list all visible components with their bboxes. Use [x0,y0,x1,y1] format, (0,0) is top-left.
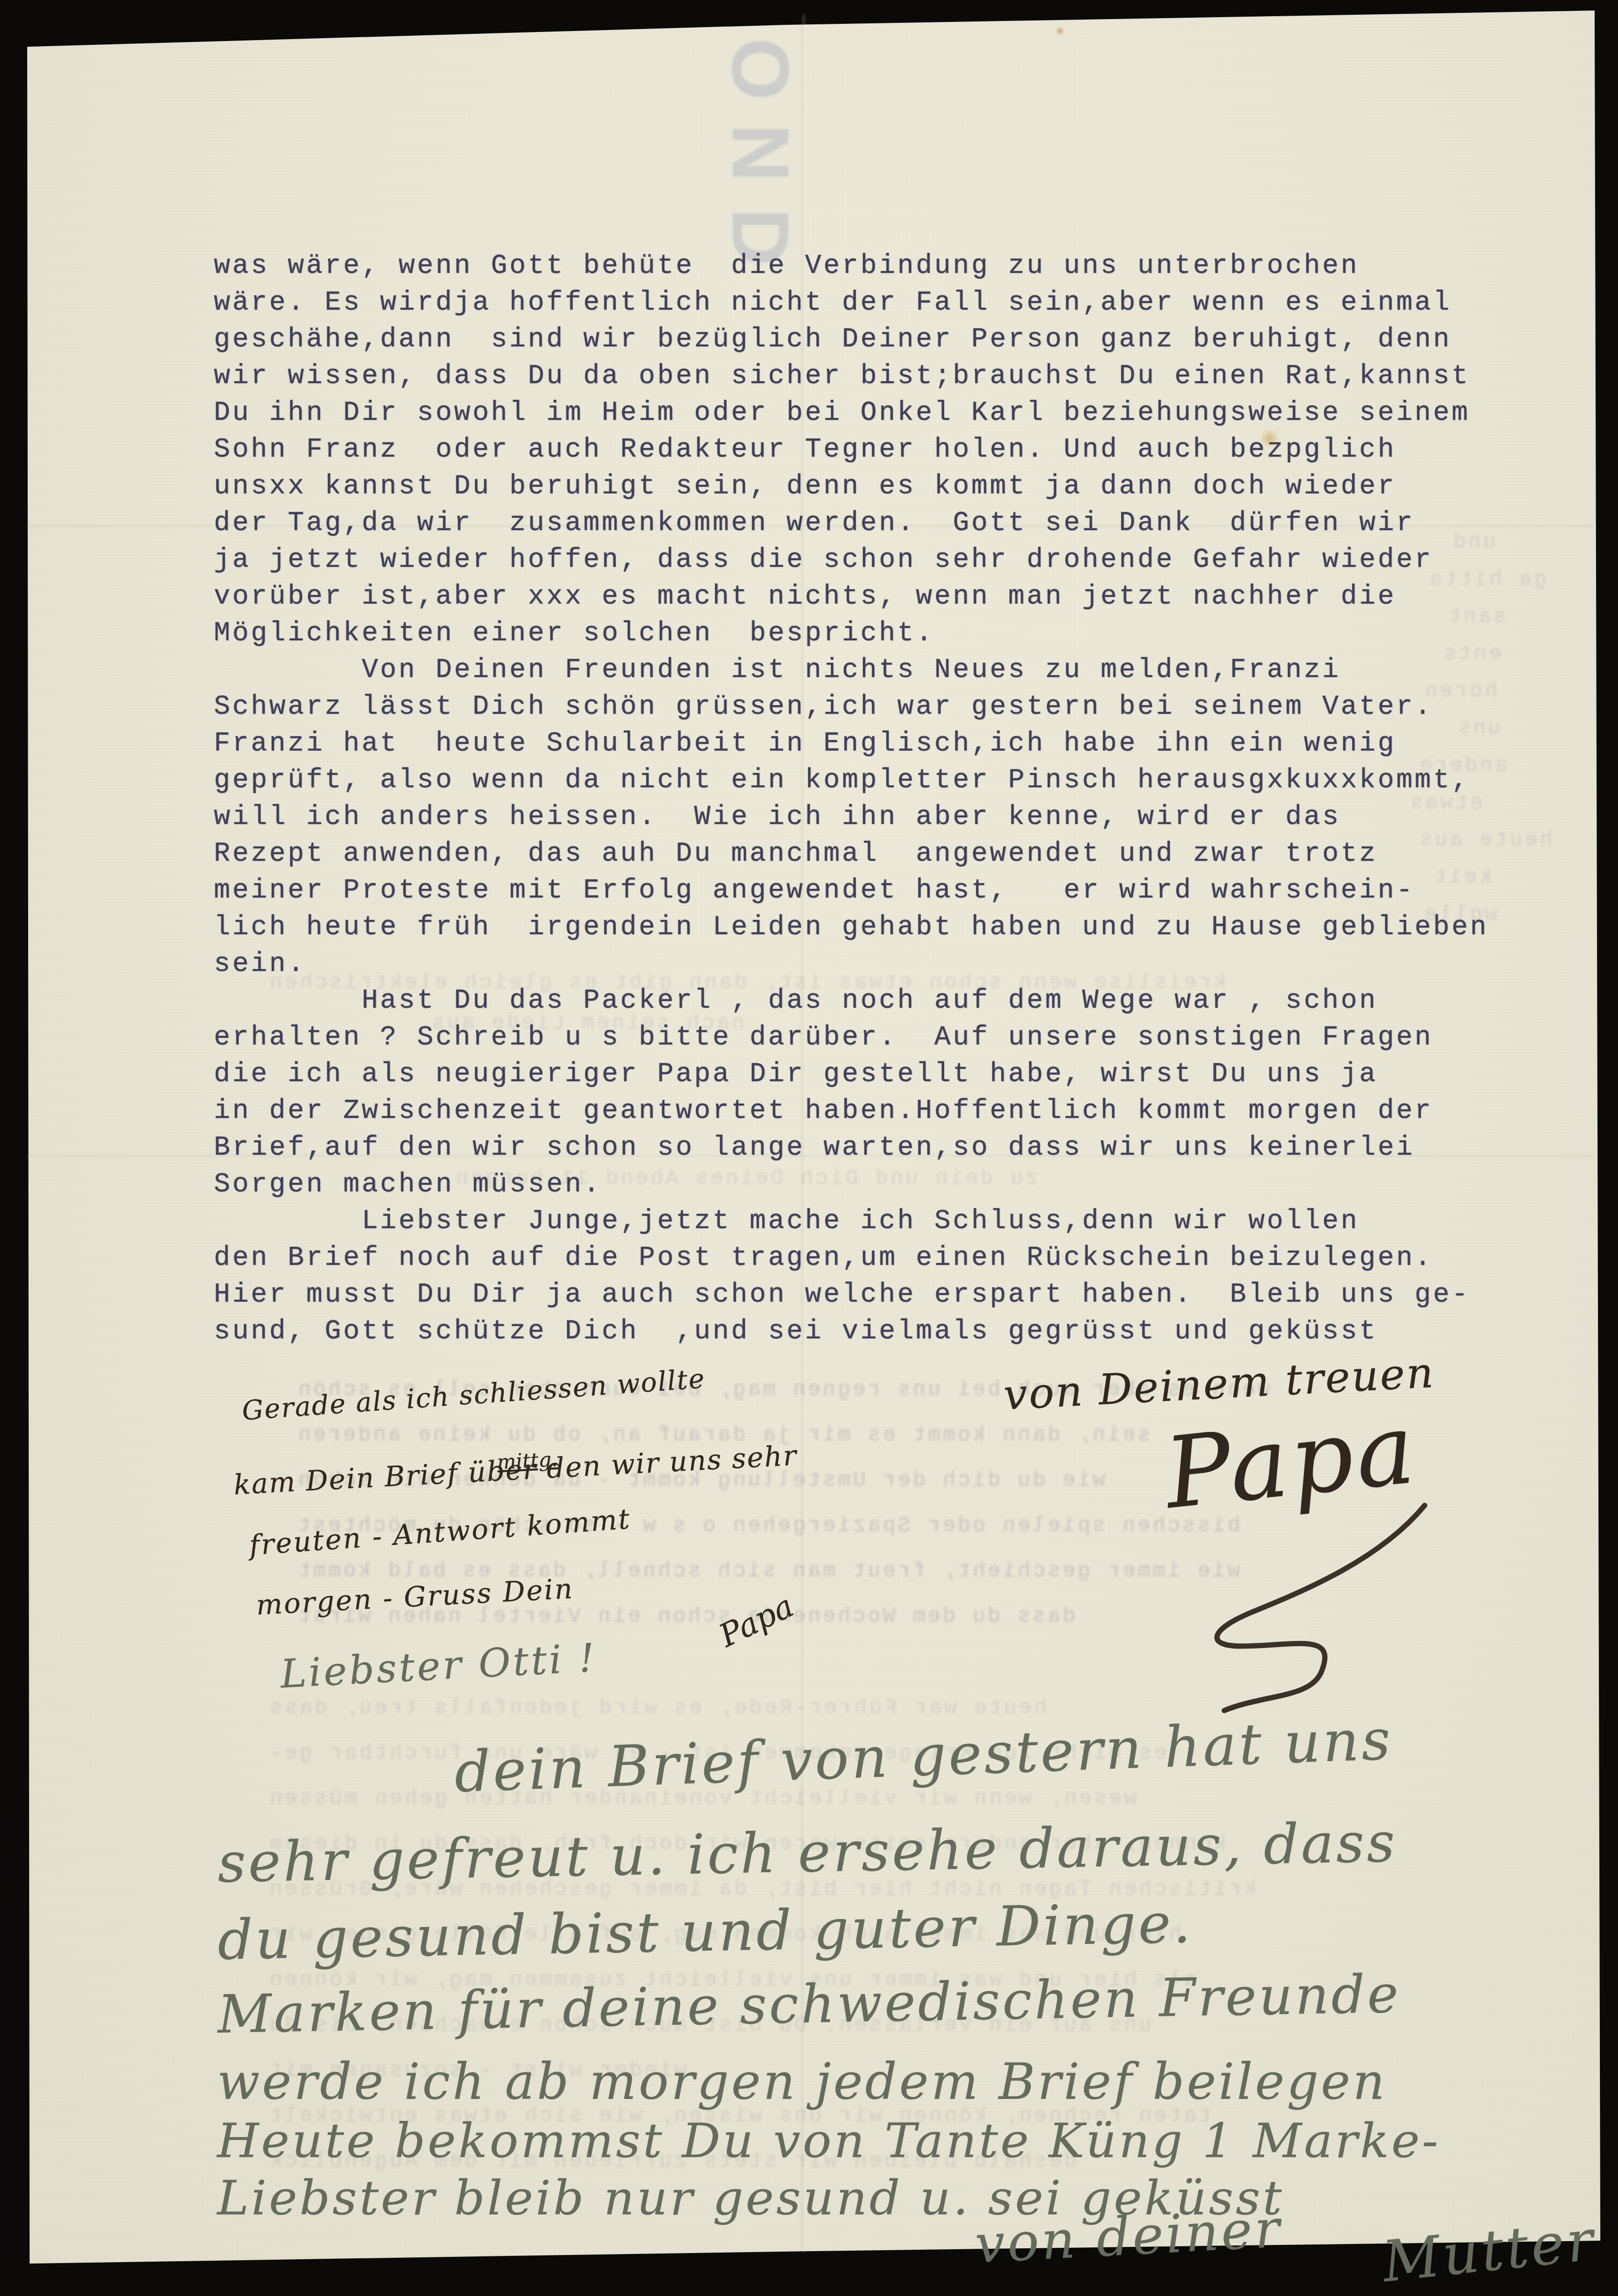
paper-watermark: O N D [715,33,806,273]
paper-speck [1056,27,1064,35]
watermark-letter: O [725,24,796,115]
mutter-line-6: Heute bekommst Du von Tante Küng 1 Marke… [217,2113,1440,2169]
typewritten-letter-body: was wäre, wenn Gott behüte die Verbindun… [214,248,1489,1350]
bleedthrough-fragment: heute war Führer-Rede, es wird jedenfall… [267,1696,1047,1720]
scanned-letter-page: O N D undga hittasantentshörenunsanderee… [0,0,1618,2296]
mutter-line-5: werde ich ab morgen jedem Brief beilegen [217,2053,1387,2111]
watermark-letter: N [725,108,796,198]
